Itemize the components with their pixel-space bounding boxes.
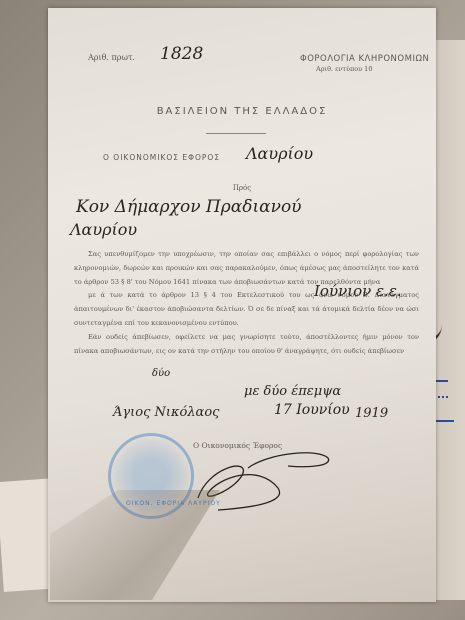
handwritten-sent-note: με δύο έπεμψα — [244, 384, 341, 399]
place-handwritten: Άγιος Νικόλαος — [113, 405, 219, 420]
body-text: Σας υπενθυμίζομεν την υποχρέωσιν, την οπ… — [74, 248, 419, 358]
handwritten-month: Ιούνιον ε.ε. — [314, 282, 402, 300]
title-rule — [206, 133, 266, 134]
handwritten-count: δύο — [152, 368, 170, 379]
body-paragraph-3: Εάν ουδείς άπεβίωσεν, οφείλετε να μας γν… — [74, 331, 419, 359]
kingdom-title: ΒΑΣΙΛΕΙΟΝ ΤΗΣ ΕΛΛΑΔΟΣ — [48, 106, 436, 117]
date-handwritten: 17 Ιουνίου — [274, 402, 350, 418]
protocol-number: 1828 — [160, 44, 203, 64]
year: 1919 — [355, 406, 388, 421]
officer-label: Ο ΟΙΚΟΝΟΜΙΚΟΣ ΕΦΟΡΟΣ — [103, 153, 220, 162]
signature-icon — [188, 448, 338, 518]
officer-place: Λαυρίου — [246, 144, 313, 163]
protocol-label: Αριθ. πρωτ. — [88, 53, 135, 62]
to-label: Πρός — [48, 184, 436, 192]
recipient-line-1: Κον Δήμαρχον Πραδιανού — [76, 197, 302, 217]
department-subtitle: Αριθ. εντύπου 10 — [316, 65, 372, 73]
department-title: ΦΟΡΟΛΟΓΙΑ ΚΛΗΡΟΝΟΜΙΩΝ — [300, 54, 429, 64]
recipient-line-2: Λαυρίου — [70, 220, 137, 239]
